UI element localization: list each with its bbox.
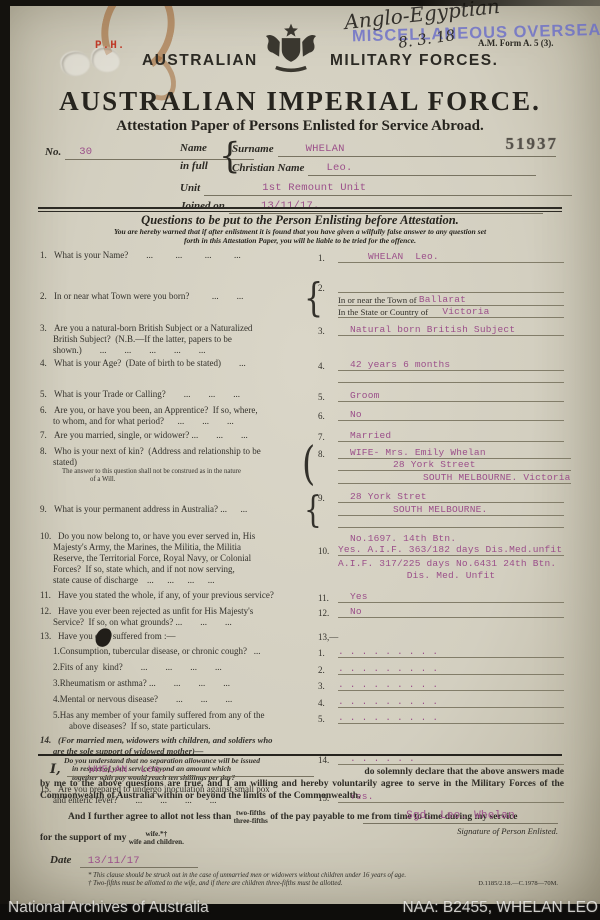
question-6-row: 6.Are you, or have you been, an Apprenti… xyxy=(40,405,564,427)
answer-13-5: . . . . . . . . . xyxy=(338,712,438,723)
declaration-section: I, WHELAN Leo. do solemnly declare that … xyxy=(40,762,564,888)
answer-8-line1: WIFE- Mrs. Emily Whelan xyxy=(350,447,486,458)
declaration-name: WHELAN Leo. xyxy=(89,764,167,776)
scan-edge-left xyxy=(0,0,10,906)
ph-stamp: P.H. xyxy=(95,40,125,52)
answer-2-brace: { xyxy=(304,275,323,321)
answer-9-line1: 28 York Stret xyxy=(350,491,427,502)
footnote-2: D.1185/2.18.—C.1978—70M.† Two-fifths mus… xyxy=(88,880,564,888)
question-13-row: 13.Have you ever suffered from :— 1.Cons… xyxy=(40,631,564,732)
question-2-row: 2.In or near what Town were you born? ..… xyxy=(40,281,564,319)
answer-8-brace: ( xyxy=(302,437,315,491)
answer-9-line2: SOUTH MELBOURNE. xyxy=(393,504,487,515)
question-1-row: 1.What is your Name? ... ... ... ... 1.W… xyxy=(40,250,564,263)
number-value: 30 xyxy=(79,146,92,158)
unit-field: Unit 1st Remount Unit xyxy=(180,177,572,196)
answer-1: WHELAN Leo. xyxy=(368,251,439,262)
answer-3: Natural born British Subject xyxy=(350,324,515,335)
answer-12: No xyxy=(350,606,362,617)
questions-list: 1.What is your Name? ... ... ... ... 1.W… xyxy=(40,250,564,806)
name-label-2: in full xyxy=(180,156,208,174)
answer-5: Groom xyxy=(350,390,380,401)
question-5-row: 5.What is your Trade or Calling? ... ...… xyxy=(40,389,564,402)
footnotes: * This clause should be struck out in th… xyxy=(40,872,564,888)
question-3-row: 3.Are you a natural-born British Subject… xyxy=(40,323,564,356)
name-label-1: Name xyxy=(180,138,207,156)
answer-13-2: . . . . . . . . . xyxy=(338,663,438,674)
date-field: Date 13/11/17 xyxy=(40,854,564,868)
section-divider xyxy=(38,207,562,212)
naa-watermark-left: National Archives of Australia xyxy=(8,899,209,917)
answer-10-line0: No.1697. 14th Btn. xyxy=(350,533,456,544)
signature-block: Sgd. Leo. Whelan Signature of Person Enl… xyxy=(363,810,558,836)
answer-7: Married xyxy=(350,430,391,441)
attestation-paper-scan: P.H. AUSTRALIAN MILITARY FORCES. MISCELL… xyxy=(0,0,600,906)
warning-text: You are hereby warned that if after enli… xyxy=(60,228,540,245)
coat-of-arms-icon xyxy=(258,22,324,79)
answer-13-4: . . . . . . . . . xyxy=(338,696,438,707)
page-subtitle: Attestation Paper of Persons Enlisted fo… xyxy=(0,118,600,135)
answer-10-line2: A.I.F. 317/225 days No.6431 24th Btn. xyxy=(338,558,556,569)
declaration-intro: I, WHELAN Leo. do solemnly declare that … xyxy=(40,762,564,777)
questions-heading: Questions to be put to the Person Enlist… xyxy=(0,213,600,228)
question-10-row: 10.Do you now belong to, or have you eve… xyxy=(40,531,564,586)
answer-8-line2: 28 York Street xyxy=(393,459,476,470)
declaration-divider xyxy=(38,754,562,756)
answer-4: 42 years 6 months xyxy=(350,359,450,370)
date-value: 13/11/17 xyxy=(88,855,140,867)
christian-name-field: Christian Name Leo. xyxy=(232,157,536,176)
scan-edge-top xyxy=(0,0,600,6)
question-4-row: 4.What is your Age? (Date of birth to be… xyxy=(40,358,564,383)
signature-caption: Signature of Person Enlisted. xyxy=(363,826,558,836)
answer-9-brace: { xyxy=(304,488,322,531)
footnote-1: * This clause should be struck out in th… xyxy=(88,872,564,880)
declaration-body: by me to the above questions are true, a… xyxy=(40,779,564,802)
question-12-row: 12.Have you ever been rejected as unfit … xyxy=(40,606,564,628)
form-reference: A.M. Form A. 5 (3). xyxy=(478,38,553,48)
fraction-options: two-fifthsthree-fifths xyxy=(234,809,268,825)
question-9-row: 9.What is your permanent address in Aust… xyxy=(40,491,564,529)
wife-options: wife.*†wife and children. xyxy=(129,830,184,846)
answer-13-1: . . . . . . . . . xyxy=(338,646,438,657)
answer-11: Yes xyxy=(350,591,368,602)
surname-value: WHELAN xyxy=(306,143,345,155)
answer-10-line1: Yes. A.I.F. 363/182 days Dis.Med.unfit xyxy=(338,544,562,555)
answer-6: No xyxy=(350,409,362,420)
surname-field: Surname WHELAN xyxy=(232,138,556,157)
answer-13-3: . . . . . . . . . xyxy=(338,679,438,690)
answer-2-town: Ballarat xyxy=(419,294,466,305)
header-australian: AUSTRALIAN xyxy=(142,52,258,70)
header-military-forces: MILITARY FORCES. xyxy=(330,52,498,70)
question-8-row: 8.Who is your next of kin? (Address and … xyxy=(40,446,564,484)
embossed-seal-mark xyxy=(60,49,92,78)
answer-2-state: Victoria xyxy=(430,306,489,317)
naa-watermark-right: NAA: B2455, WHELAN LEO xyxy=(402,899,598,917)
question-11-row: 11.Have you stated the whole, if any, of… xyxy=(40,590,564,603)
form-code: D.1185/2.18.—C.1978—70M. xyxy=(478,880,558,888)
signature-value: Sgd. Leo. Whelan xyxy=(363,810,558,824)
answer-10-line3: Dis. Med. Unfit xyxy=(407,570,496,581)
page-title: AUSTRALIAN IMPERIAL FORCE. xyxy=(0,86,600,117)
answer-8-line3: SOUTH MELBOURNE. Victoria xyxy=(423,472,571,483)
unit-value: 1st Remount Unit xyxy=(262,182,366,194)
christian-name-value: Leo. xyxy=(326,162,352,174)
